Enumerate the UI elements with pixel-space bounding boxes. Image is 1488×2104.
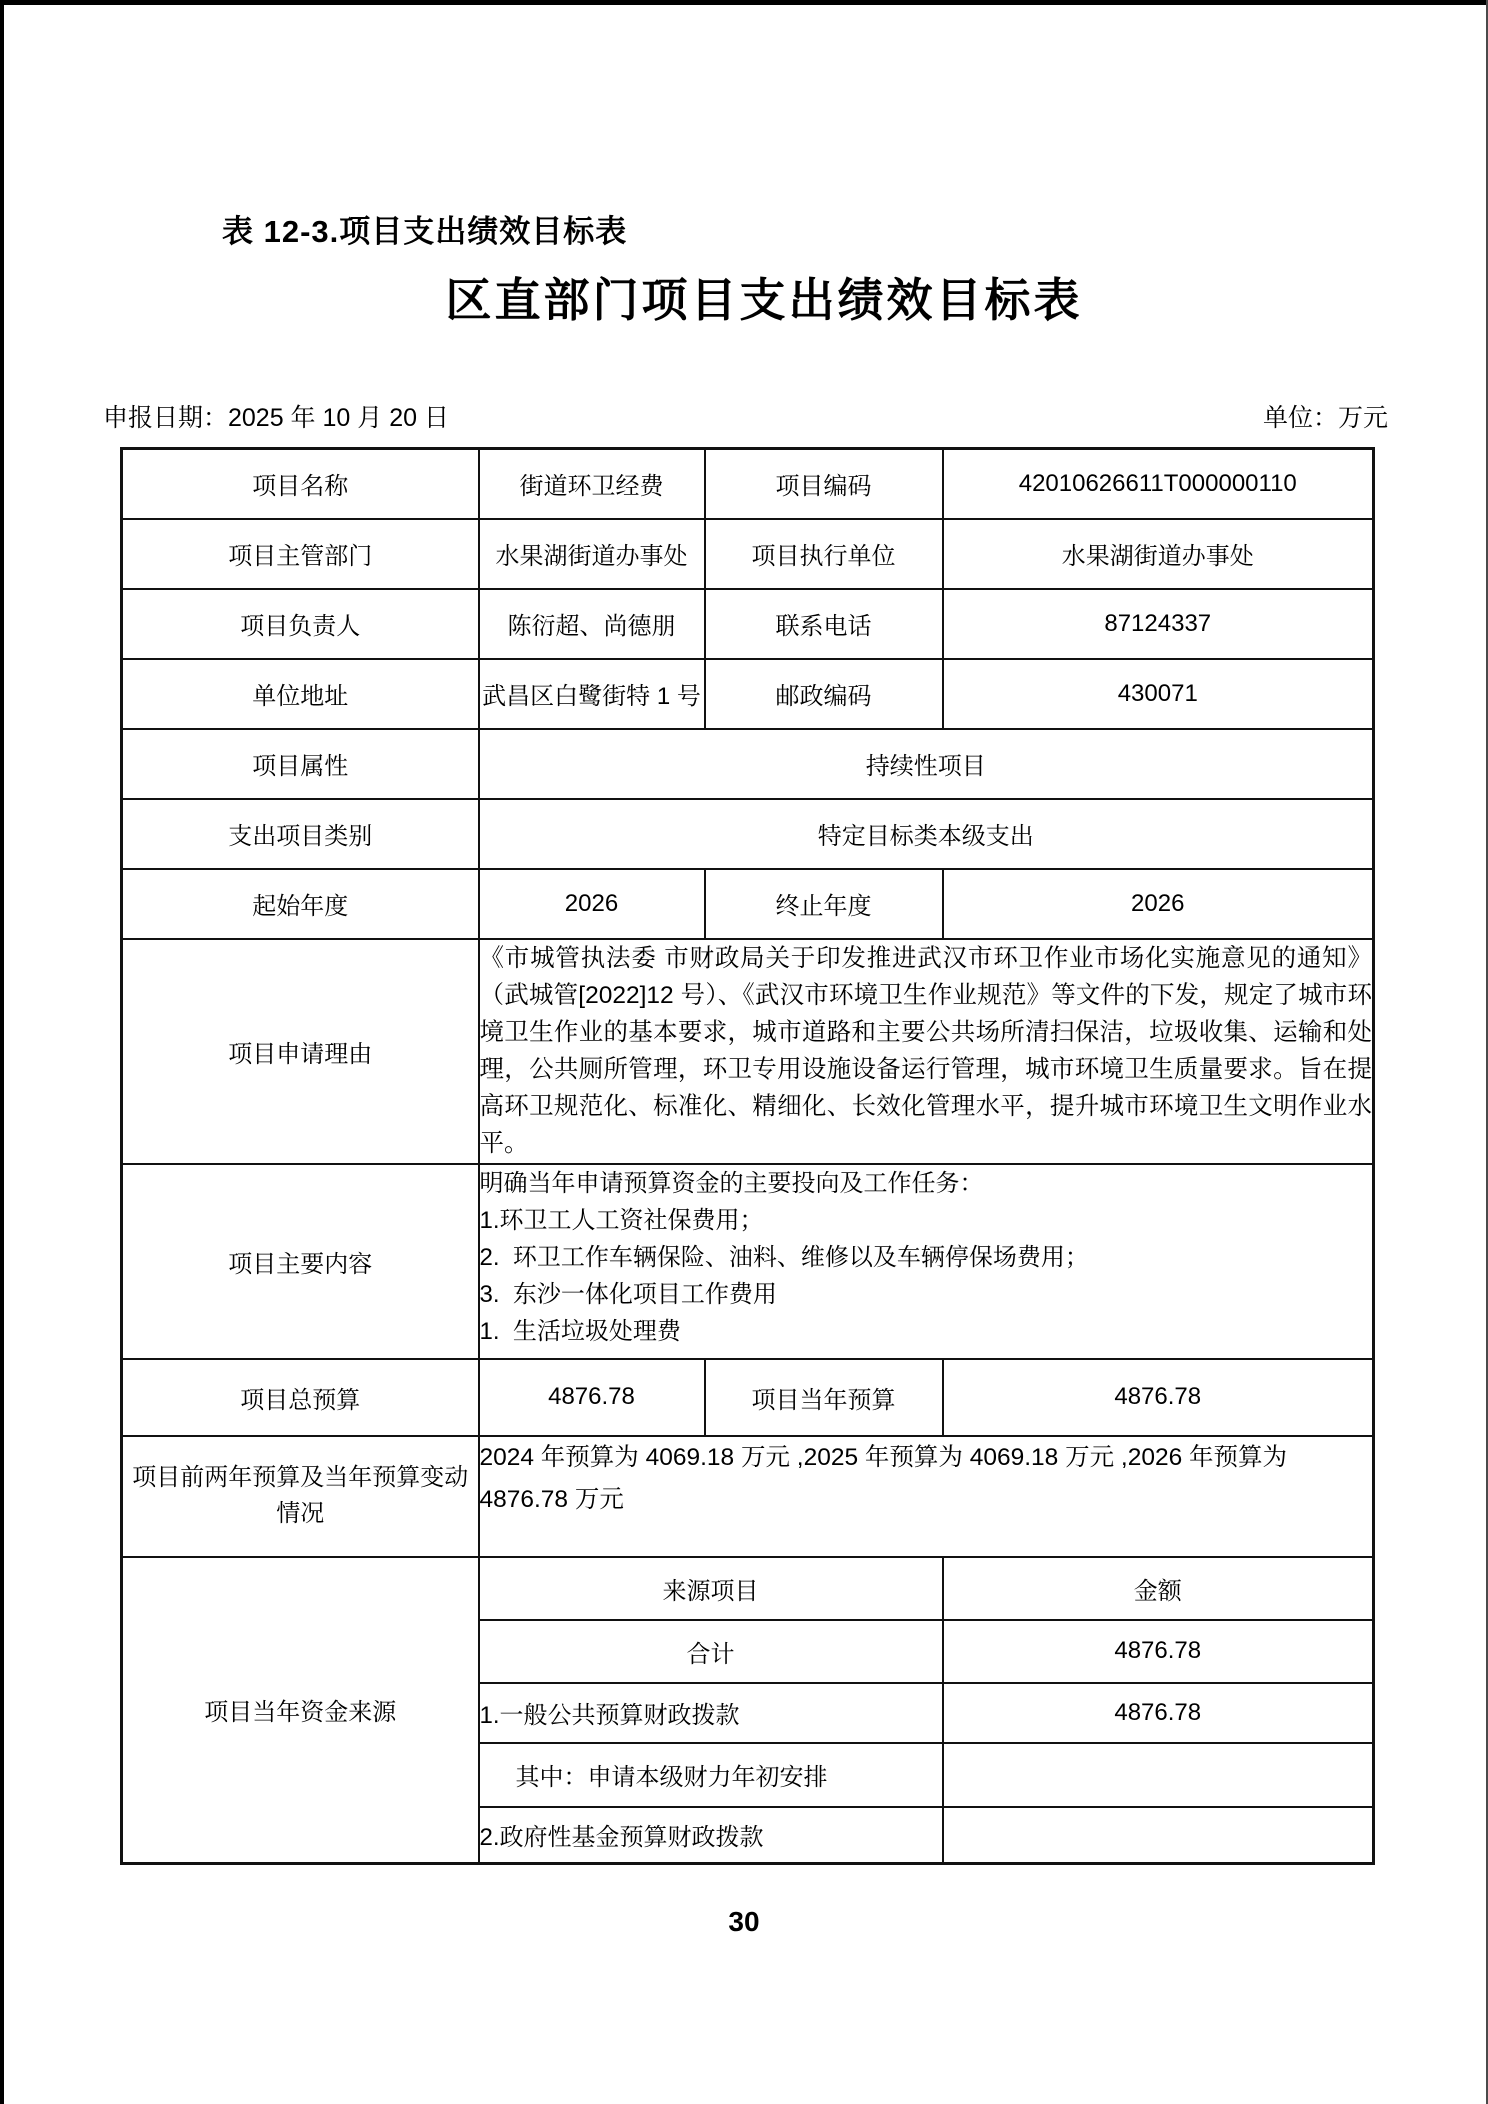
row-prior-budget: 项目前两年预算及当年预算变动 情况 2024 年预算为 4069.18 万元 ,… [122, 1436, 1374, 1557]
address-label: 单位地址 [122, 659, 479, 729]
project-code-value: 42010626611T000000110 [943, 449, 1374, 519]
meta-line: 申报日期：2025 年 10 月 20 日 单位：万元 [103, 398, 1388, 434]
row-main-content: 项目主要内容 明确当年申请预算资金的主要投向及工作任务： 1.环卫工人工资社保费… [122, 1164, 1374, 1359]
category-label: 支出项目类别 [122, 799, 479, 869]
start-year-value: 2026 [479, 869, 705, 939]
content-label: 项目主要内容 [122, 1164, 479, 1359]
dept-value: 水果湖街道办事处 [479, 519, 705, 589]
row-leader: 项目负责人 陈衍超、尚德朋 联系电话 87124337 [122, 589, 1374, 659]
project-name-label: 项目名称 [122, 449, 479, 519]
postcode-value: 430071 [943, 659, 1374, 729]
row-project-name: 项目名称 街道环卫经费 项目编码 42010626611T000000110 [122, 449, 1374, 519]
funding-gov-fund-value [943, 1807, 1374, 1864]
prior-budget-label: 项目前两年预算及当年预算变动 情况 [122, 1436, 479, 1557]
prior-budget-value: 2024 年预算为 4069.18 万元 ,2025 年预算为 4069.18 … [479, 1436, 1374, 1557]
reason-text: 《市城管执法委 市财政局关于印发推进武汉市环卫作业市场化实施意见的通知》（武城管… [479, 939, 1374, 1164]
attribute-value: 持续性项目 [479, 729, 1374, 799]
content-text: 明确当年申请预算资金的主要投向及工作任务： 1.环卫工人工资社保费用； 2. 环… [479, 1164, 1374, 1359]
scan-edge-top [0, 0, 1488, 5]
postcode-label: 邮政编码 [705, 659, 943, 729]
row-years: 起始年度 2026 终止年度 2026 [122, 869, 1374, 939]
project-name-value: 街道环卫经费 [479, 449, 705, 519]
reason-label: 项目申请理由 [122, 939, 479, 1164]
year-budget-label: 项目当年预算 [705, 1359, 943, 1436]
leader-label: 项目负责人 [122, 589, 479, 659]
page-number: 30 [0, 1906, 1488, 1938]
row-department: 项目主管部门 水果湖街道办事处 项目执行单位 水果湖街道办事处 [122, 519, 1374, 589]
exec-unit-value: 水果湖街道办事处 [943, 519, 1374, 589]
funding-local-label: 其中：申请本级财力年初安排 [479, 1743, 943, 1807]
row-address: 单位地址 武昌区白鹭街特 1 号 邮政编码 430071 [122, 659, 1374, 729]
funding-total-value: 4876.78 [943, 1620, 1374, 1683]
attribute-label: 项目属性 [122, 729, 479, 799]
end-year-value: 2026 [943, 869, 1374, 939]
content-line: 3. 东沙一体化项目工作费用 [480, 1276, 1373, 1313]
funding-general-value: 4876.78 [943, 1683, 1374, 1743]
page-title: 区直部门项目支出绩效目标表 [40, 264, 1488, 330]
funding-local-value [943, 1743, 1374, 1807]
year-budget-value: 4876.78 [943, 1359, 1374, 1436]
dept-label: 项目主管部门 [122, 519, 479, 589]
funding-gov-fund-label: 2.政府性基金预算财政拨款 [479, 1807, 943, 1864]
funding-total-label: 合计 [479, 1620, 943, 1683]
content-line: 1. 生活垃圾处理费 [480, 1313, 1373, 1350]
category-value: 特定目标类本级支出 [479, 799, 1374, 869]
funding-general-label: 1.一般公共预算财政拨款 [479, 1683, 943, 1743]
table-caption: 表 12-3.项目支出绩效目标表 [222, 206, 627, 251]
content-line: 1.环卫工人工资社保费用； [480, 1202, 1373, 1239]
row-apply-reason: 项目申请理由 《市城管执法委 市财政局关于印发推进武汉市环卫作业市场化实施意见的… [122, 939, 1374, 1164]
address-value: 武昌区白鹭街特 1 号 [479, 659, 705, 729]
end-year-label: 终止年度 [705, 869, 943, 939]
report-date: 申报日期：2025 年 10 月 20 日 [103, 398, 449, 434]
start-year-label: 起始年度 [122, 869, 479, 939]
phone-label: 联系电话 [705, 589, 943, 659]
exec-unit-label: 项目执行单位 [705, 519, 943, 589]
content-line: 明确当年申请预算资金的主要投向及工作任务： [480, 1165, 1373, 1202]
row-attribute: 项目属性 持续性项目 [122, 729, 1374, 799]
total-budget-value: 4876.78 [479, 1359, 705, 1436]
phone-value: 87124337 [943, 589, 1374, 659]
performance-target-table: 项目名称 街道环卫经费 项目编码 42010626611T000000110 项… [120, 447, 1375, 1865]
unit-label: 单位：万元 [1263, 398, 1388, 434]
total-budget-label: 项目总预算 [122, 1359, 479, 1436]
funding-amount-header: 金额 [943, 1557, 1374, 1620]
scan-edge-left [0, 0, 4, 2104]
document-page: 表 12-3.项目支出绩效目标表 区直部门项目支出绩效目标表 申报日期：2025… [0, 0, 1488, 2104]
row-category: 支出项目类别 特定目标类本级支出 [122, 799, 1374, 869]
funding-source-header: 来源项目 [479, 1557, 943, 1620]
row-budget: 项目总预算 4876.78 项目当年预算 4876.78 [122, 1359, 1374, 1436]
row-funding-header: 项目当年资金来源 来源项目 金额 [122, 1557, 1374, 1620]
project-code-label: 项目编码 [705, 449, 943, 519]
leader-value: 陈衍超、尚德朋 [479, 589, 705, 659]
funding-label: 项目当年资金来源 [122, 1557, 479, 1864]
content-line: 2. 环卫工作车辆保险、油料、维修以及车辆停保场费用； [480, 1239, 1373, 1276]
